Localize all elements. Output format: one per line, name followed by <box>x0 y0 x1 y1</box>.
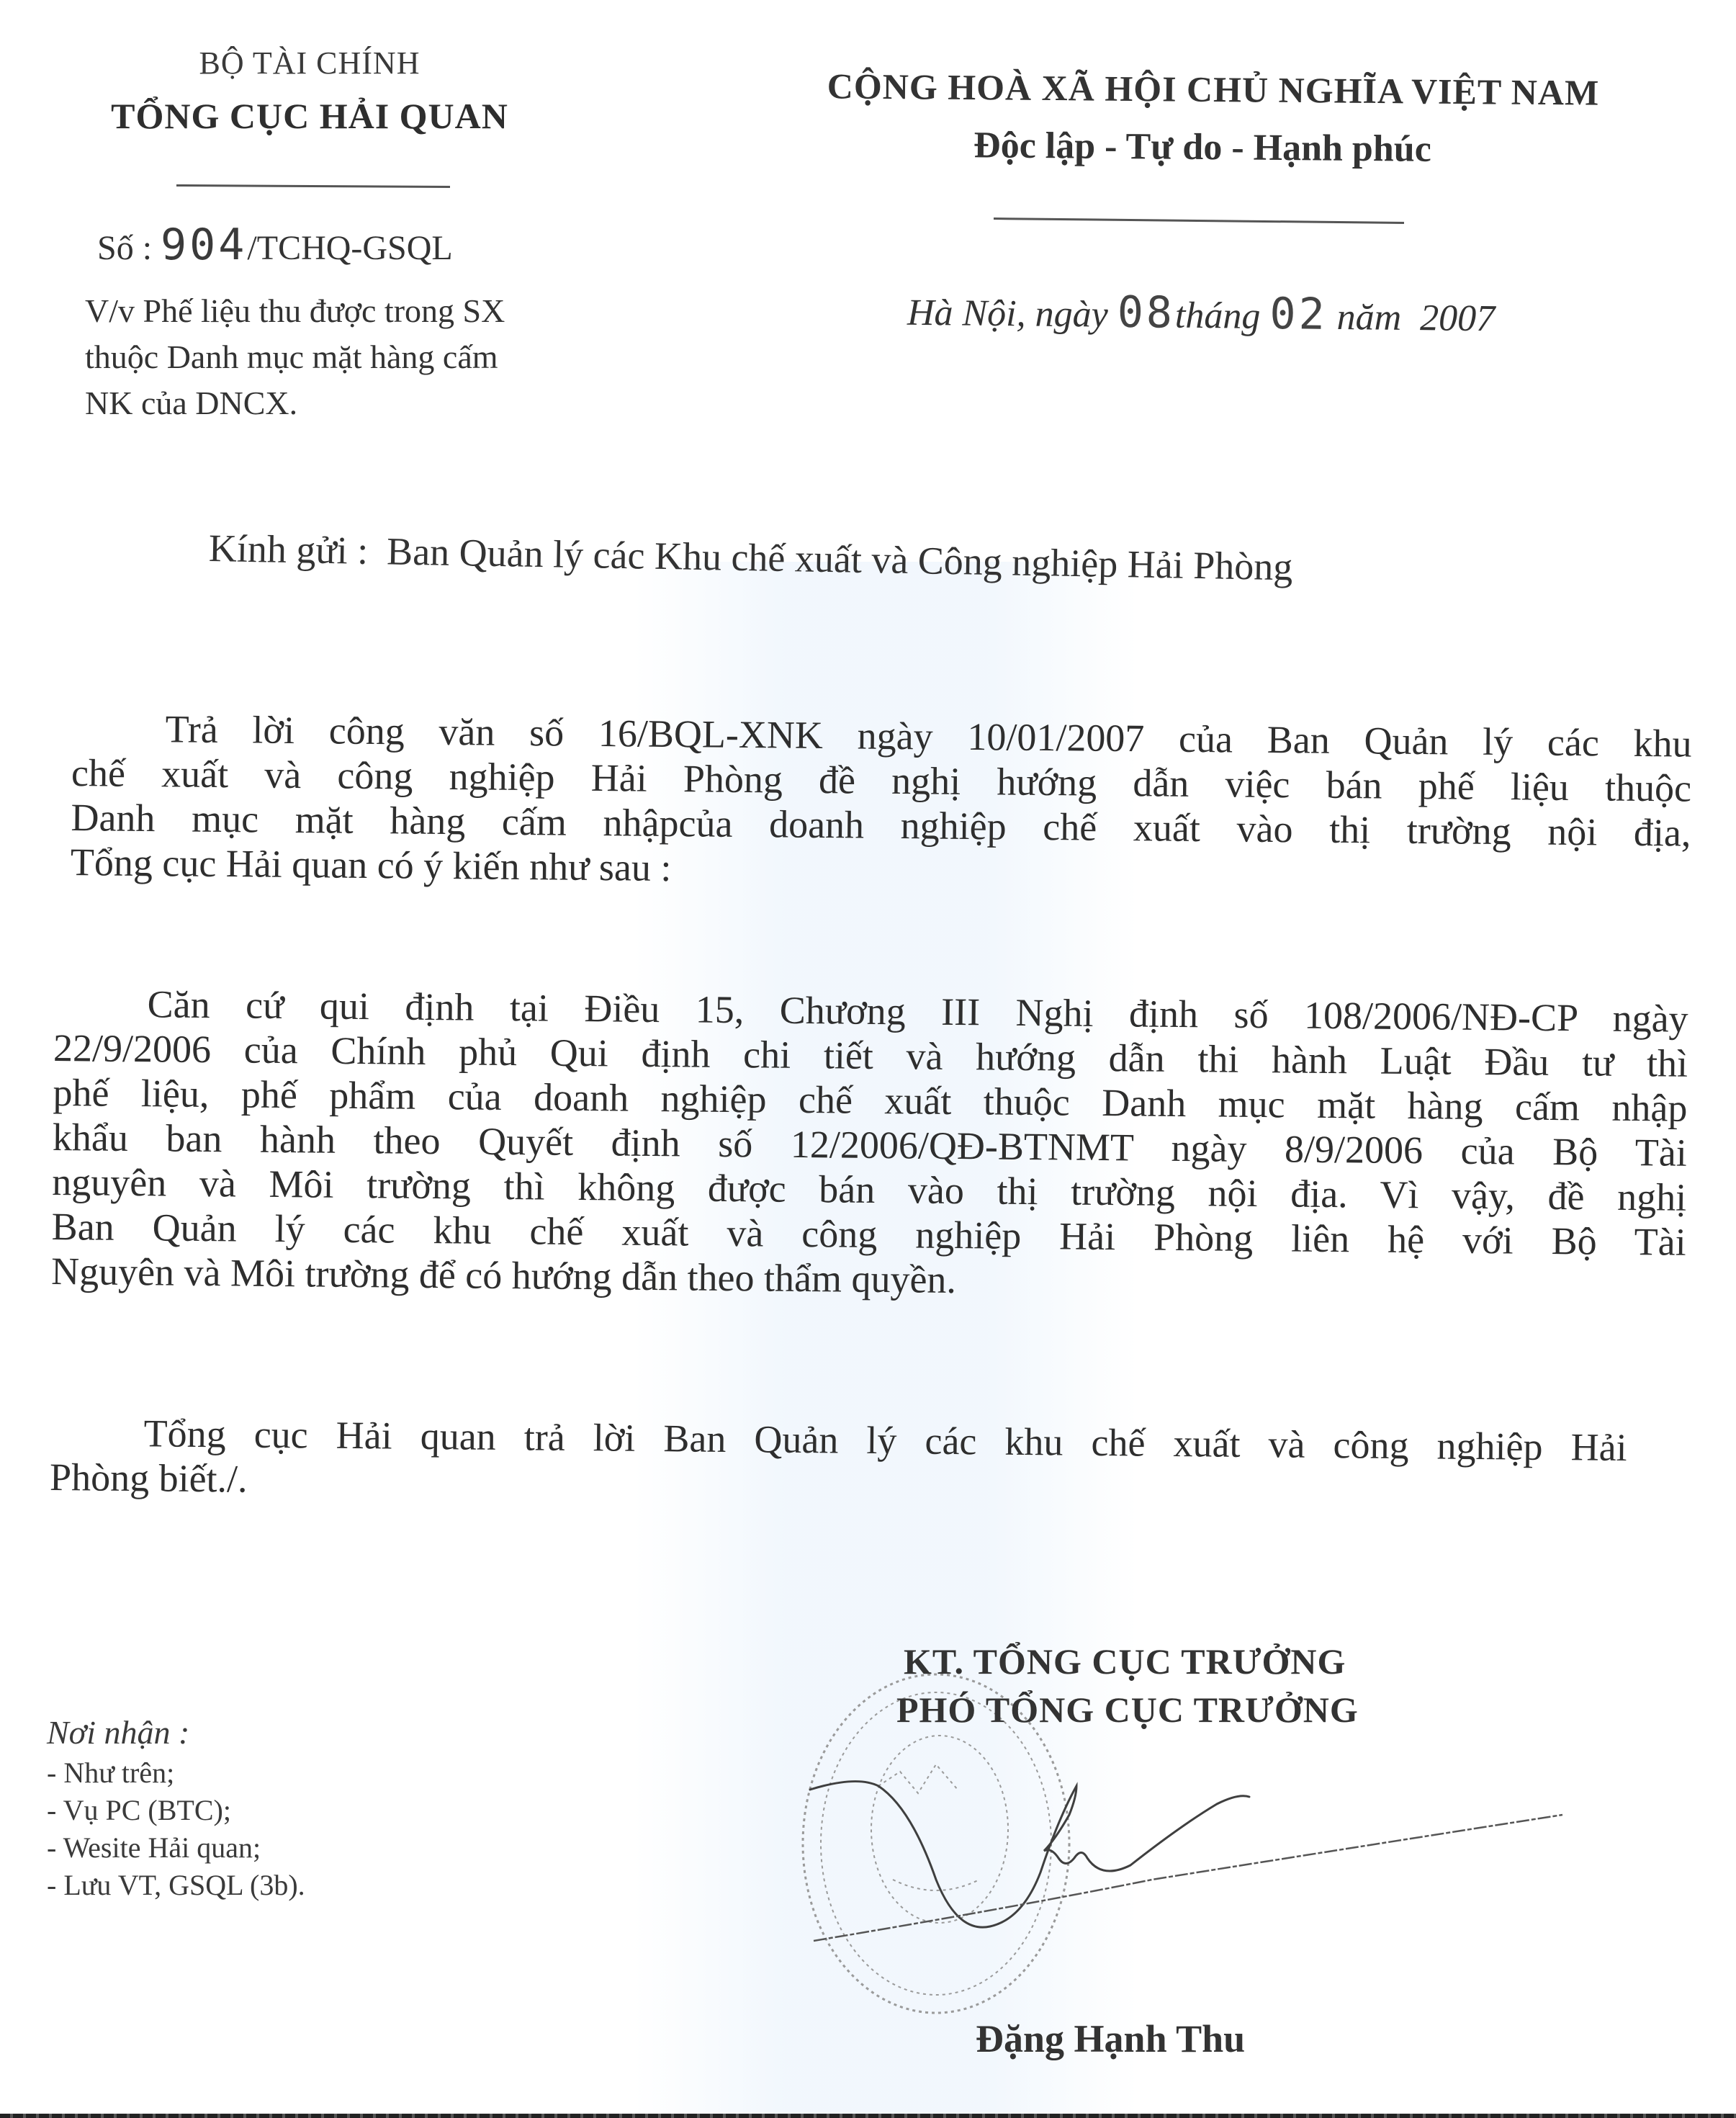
signature-title-line1: KT. TỔNG CỤC TRƯỞNG <box>904 1641 1346 1682</box>
recipient-item: - Wesite Hải quan; <box>47 1829 305 1867</box>
subject-line: NK của DNCX. <box>85 380 632 426</box>
document-number-suffix: /TCHQ-GSQL <box>247 229 452 267</box>
header-right-rule <box>994 217 1404 224</box>
salutation: Kính gửi :Ban Quản lý các Khu chế xuất v… <box>208 526 1292 589</box>
subject-line: V/v Phế liệu thu được trong SX <box>85 288 632 334</box>
date-year-label: năm <box>1336 297 1401 338</box>
document-date: Hà Nội, ngày 08tháng 02 năm 2007 <box>907 285 1496 342</box>
signature-title-line2: PHÓ TỔNG CỤC TRƯỞNG <box>896 1689 1359 1731</box>
date-place: Hà Nội, ngày <box>907 292 1108 336</box>
recipients-title: Nơi nhận : <box>47 1714 305 1751</box>
parent-agency: BỘ TÀI CHÍNH <box>86 45 533 81</box>
document-number-prefix: Số : <box>97 229 152 267</box>
salutation-label: Kính gửi : <box>208 526 368 573</box>
date-month-label: tháng <box>1175 295 1261 337</box>
scan-border <box>0 2114 1736 2118</box>
document-subject: V/v Phế liệu thu được trong SX thuộc Dan… <box>85 288 632 426</box>
recipient-item: - Lưu VT, GSQL (3b). <box>47 1867 305 1904</box>
salutation-recipient: Ban Quản lý các Khu chế xuất và Công ngh… <box>387 529 1293 588</box>
header-left-rule <box>176 184 450 188</box>
national-title: CỘNG HOÀ XÃ HỘI CHỦ NGHĨA VIỆT NAM <box>770 65 1656 115</box>
handwritten-signature-icon <box>810 1782 1249 1928</box>
signer-name: Đặng Hạnh Thu <box>976 2016 1245 2061</box>
national-motto: Độc lập - Tự do - Hạnh phúc <box>850 123 1555 172</box>
recipient-item: - Vụ PC (BTC); <box>47 1792 305 1829</box>
body-paragraph: Tổng cục Hải quan trả lời Ban Quản lý cá… <box>50 1410 1627 1515</box>
document-number: Số : 904/TCHQ-GSQL <box>97 220 453 270</box>
recipient-item: - Như trên; <box>47 1754 305 1792</box>
body-paragraph: Trả lời công văn số 16/BQL-XNK ngày 10/0… <box>71 706 1692 900</box>
date-day: 08 <box>1117 287 1175 338</box>
issuing-agency: TỔNG CỤC HẢI QUAN <box>65 95 554 137</box>
body-paragraph: Căn cứ qui định tại Điều 15, Chương III … <box>51 981 1688 1309</box>
date-year: 2007 <box>1420 297 1496 339</box>
subject-line: thuộc Danh mục mặt hàng cấm <box>85 334 632 380</box>
signature-underline-icon <box>814 1815 1562 1941</box>
recipients-list: Nơi nhận : - Như trên; - Vụ PC (BTC); - … <box>47 1714 305 1904</box>
document-number-handwritten: 904 <box>161 220 247 270</box>
date-month: 02 <box>1269 289 1328 340</box>
